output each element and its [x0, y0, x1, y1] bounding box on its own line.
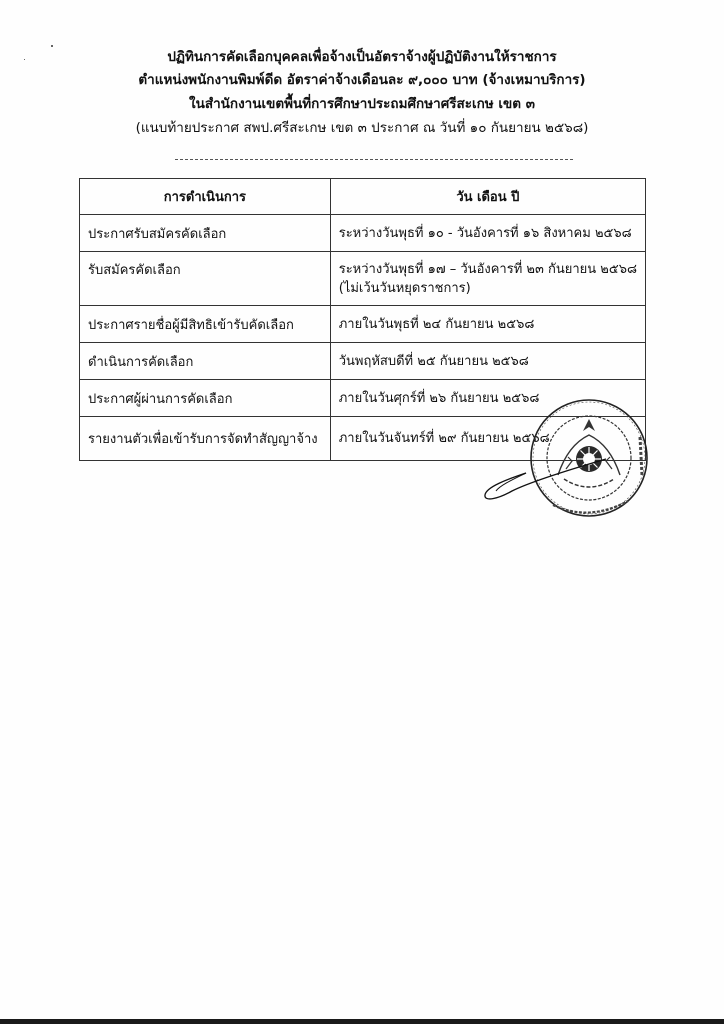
date-line: (ไม่เว้นวันหยุดราชการ) — [339, 279, 637, 298]
document-page: ปฏิทินการคัดเลือกบุคคลเพื่อจ้างเป็นอัตรา… — [0, 0, 724, 1024]
header-activity: การดำเนินการ — [80, 179, 331, 215]
title-line-1: ปฏิทินการคัดเลือกบุคคลเพื่อจ้างเป็นอัตรา… — [0, 47, 724, 67]
activity-cell: ประกาศรายชื่อผู้มีสิทธิเข้ารับคัดเลือก — [80, 306, 331, 343]
date-cell: ระหว่างวันพุธที่ ๑๗ – วันอังคารที่ ๒๓ กั… — [330, 252, 645, 306]
date-cell: วันพฤหัสบดีที่ ๒๕ กันยายน ๒๕๖๘ — [330, 343, 645, 380]
table-header-row: การดำเนินการ วัน เดือน ปี — [80, 179, 646, 215]
date-cell: ระหว่างวันพุธที่ ๑๐ - วันอังคารที่ ๑๖ สิ… — [330, 215, 645, 252]
date-cell: ภายในวันพุธที่ ๒๔ กันยายน ๒๕๖๘ — [330, 306, 645, 343]
signature-icon — [478, 455, 608, 505]
activity-cell: ประกาศรับสมัครคัดเลือก — [80, 215, 331, 252]
scan-edge — [0, 1019, 724, 1024]
subtitle: (แนบท้ายประกาศ สพป.ศรีสะเกษ เขต ๓ ประกาศ… — [0, 118, 724, 138]
header-date: วัน เดือน ปี — [330, 179, 645, 215]
title-line-3: ในสำนักงานเขตพื้นที่การศึกษาประถมศึกษาศร… — [0, 94, 724, 114]
activity-cell: รายงานตัวเพื่อเข้ารับการจัดทำสัญญาจ้าง — [80, 417, 331, 461]
date-line: วันพฤหัสบดีที่ ๒๕ กันยายน ๒๕๖๘ — [339, 352, 637, 371]
activity-cell: ดำเนินการคัดเลือก — [80, 343, 331, 380]
date-line: ระหว่างวันพุธที่ ๑๐ - วันอังคารที่ ๑๖ สิ… — [339, 224, 637, 243]
table-row: ดำเนินการคัดเลือก วันพฤหัสบดีที่ ๒๕ กันย… — [80, 343, 646, 380]
title-line-2: ตำแหน่งพนักงานพิมพ์ดีด อัตราค่าจ้างเดือน… — [0, 70, 724, 90]
table-row: รับสมัครคัดเลือก ระหว่างวันพุธที่ ๑๗ – ว… — [80, 252, 646, 306]
dashed-separator — [175, 159, 573, 160]
activity-cell: ประกาศผู้ผ่านการคัดเลือก — [80, 380, 331, 417]
date-line: ภายในวันพุธที่ ๒๔ กันยายน ๒๕๖๘ — [339, 315, 637, 334]
activity-text: รับสมัครคัดเลือก — [88, 263, 181, 278]
activity-cell: รับสมัครคัดเลือก — [80, 252, 331, 306]
table-row: ประกาศรับสมัครคัดเลือก ระหว่างวันพุธที่ … — [80, 215, 646, 252]
date-line: ระหว่างวันพุธที่ ๑๗ – วันอังคารที่ ๒๓ กั… — [339, 260, 637, 279]
table-row: ประกาศรายชื่อผู้มีสิทธิเข้ารับคัดเลือก ภ… — [80, 306, 646, 343]
